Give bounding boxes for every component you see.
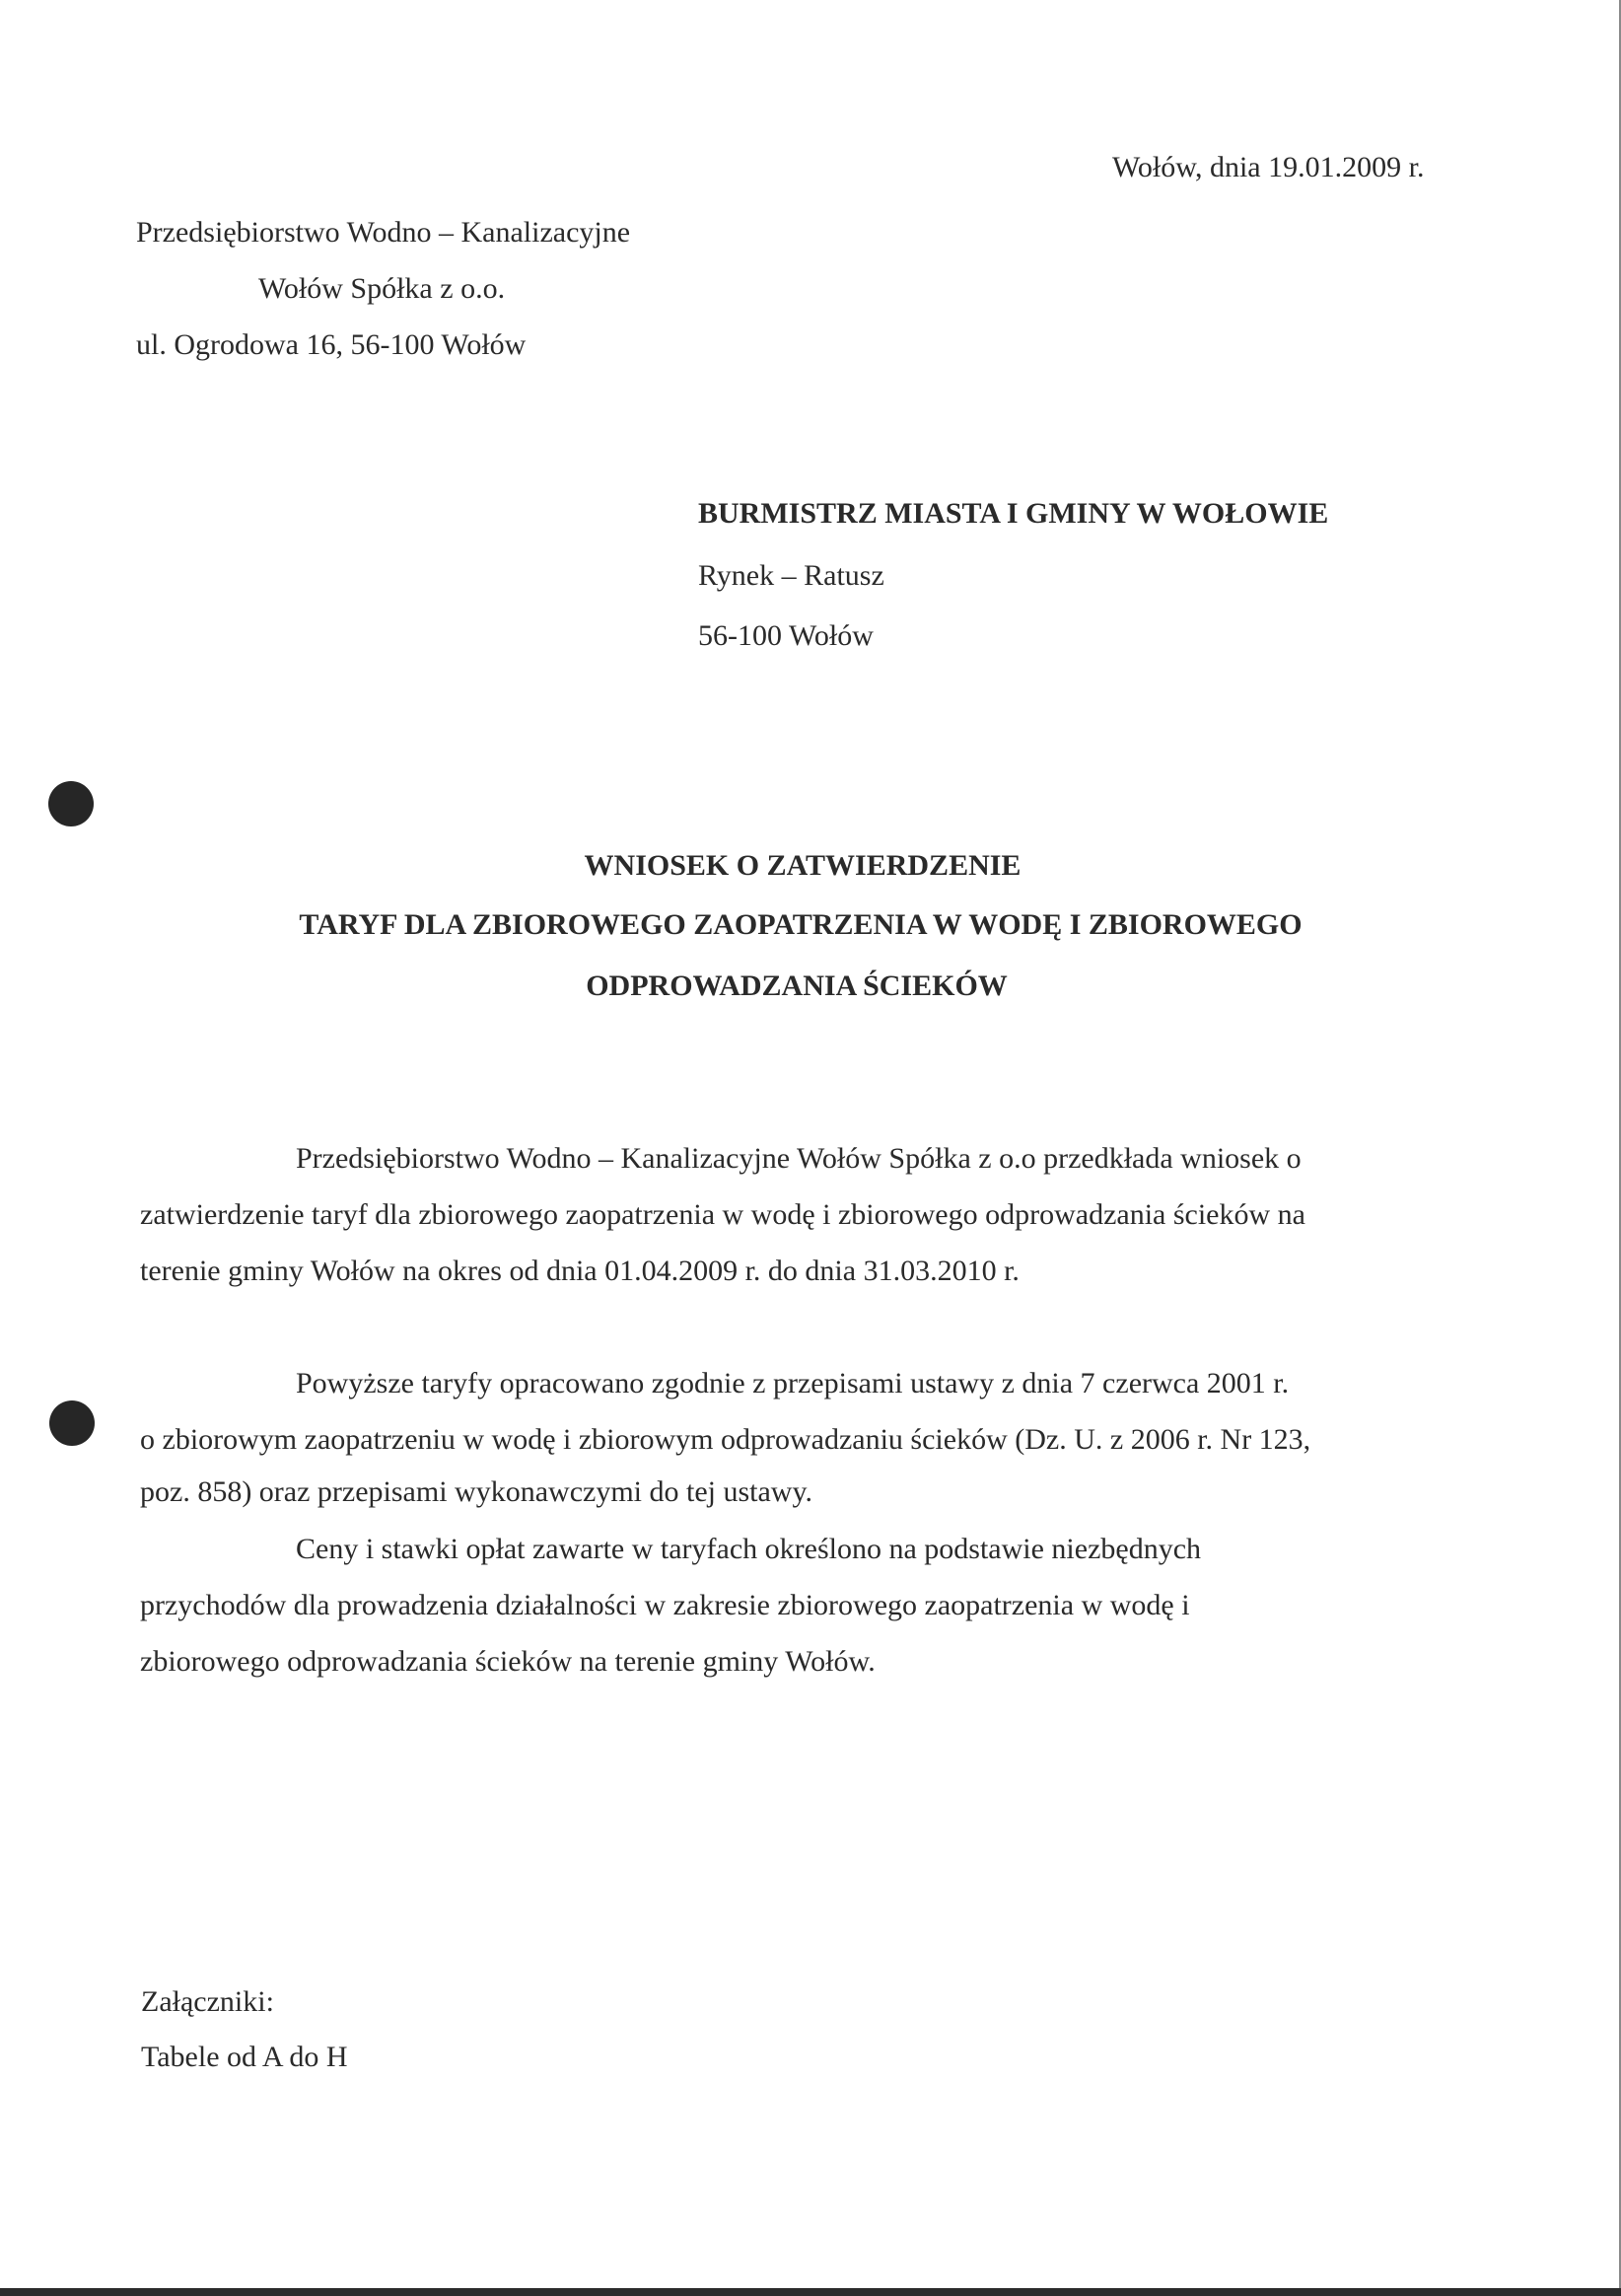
sender-line-3: ul. Ogrodowa 16, 56-100 Wołów bbox=[136, 327, 526, 363]
paragraph-1-line-2: zatwierdzenie taryf dla zbiorowego zaopa… bbox=[140, 1198, 1305, 1231]
recipient-city: 56-100 Wołów bbox=[698, 618, 874, 654]
attachments-label: Załączniki: bbox=[141, 1984, 274, 2020]
attachments-item: Tabele od A do H bbox=[141, 2040, 348, 2075]
paragraph-3-line-2: przychodów dla prowadzenia działalności … bbox=[140, 1589, 1190, 1621]
paragraph-3: Ceny i stawki opłat zawarte w taryfach o… bbox=[140, 1521, 1451, 1689]
date-line: Wołów, dnia 19.01.2009 r. bbox=[1112, 150, 1424, 185]
paragraph-2-line-2: o zbiorowym zaopatrzeniu w wodę i zbioro… bbox=[140, 1423, 1310, 1456]
paragraph-3-line-1: Ceny i stawki opłat zawarte w taryfach o… bbox=[296, 1533, 1201, 1565]
title-line-1: WNIOSEK O ZATWIERDZENIE bbox=[0, 848, 1613, 884]
scan-edge-bottom bbox=[0, 2288, 1621, 2296]
paragraph-3-line-3: zbiorowego odprowadzania ścieków na tere… bbox=[140, 1645, 876, 1678]
paragraph-1-line-1: Przedsiębiorstwo Wodno – Kanalizacyjne W… bbox=[296, 1142, 1302, 1175]
title-line-2: TARYF DLA ZBIOROWEGO ZAOPATRZENIA W WODĘ… bbox=[0, 907, 1611, 943]
paragraph-2-line-3: poz. 858) oraz przepisami wykonawczymi d… bbox=[140, 1475, 812, 1508]
paragraph-1-line-3: terenie gminy Wołów na okres od dnia 01.… bbox=[140, 1255, 1020, 1287]
punch-hole-bottom bbox=[49, 1400, 95, 1446]
punch-hole-top bbox=[48, 781, 94, 826]
paragraph-2-line-1: Powyższe taryfy opracowano zgodnie z prz… bbox=[296, 1367, 1289, 1399]
title-line-3: ODPROWADZANIA ŚCIEKÓW bbox=[0, 969, 1607, 1004]
recipient-street: Rynek – Ratusz bbox=[698, 558, 884, 594]
sender-line-2: Wołów Spółka z o.o. bbox=[258, 271, 505, 307]
sender-line-1: Przedsiębiorstwo Wodno – Kanalizacyjne bbox=[136, 215, 630, 251]
paragraph-1: Przedsiębiorstwo Wodno – Kanalizacyjne W… bbox=[140, 1130, 1451, 1299]
recipient-name: BURMISTRZ MIASTA I GMINY W WOŁOWIE bbox=[698, 496, 1328, 532]
paragraph-2: Powyższe taryfy opracowano zgodnie z prz… bbox=[140, 1355, 1451, 1517]
